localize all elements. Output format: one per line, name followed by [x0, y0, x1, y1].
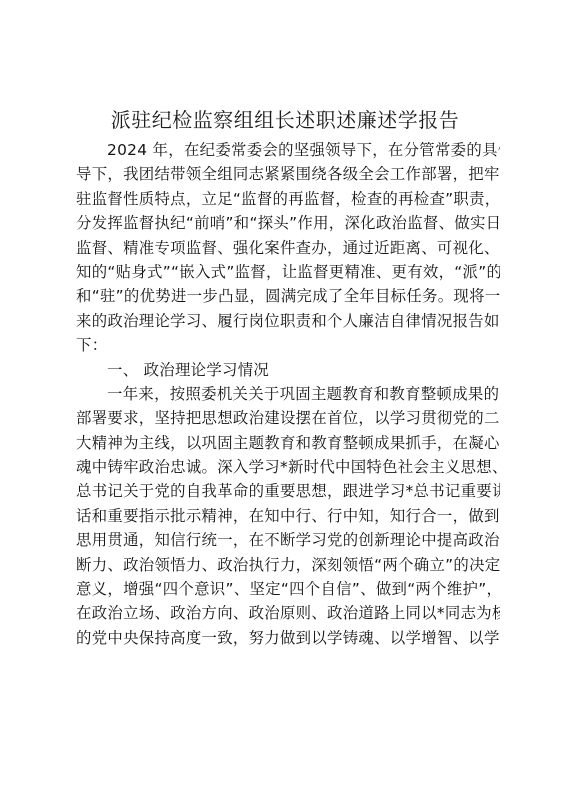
document-title: 派驻纪检监察组组长述职述廉述学报告 [0, 106, 570, 134]
paragraph-line: 的党中央保持高度一致，努力做到以学铸魂、以学增智、以学正 [76, 626, 500, 650]
paragraph-line: 总书记关于党的自我革命的重要思想，跟进学习*总书记重要讲 [76, 479, 500, 503]
document-page: 派驻纪检监察组组长述职述廉述学报告 2024 年，在纪委常委会的坚强领导下，在分… [0, 0, 570, 807]
paragraph-line: 思用贯通，知信行统一，在不断学习党的创新理论中提高政治判 [76, 528, 500, 552]
paragraph-line: 分发挥监督执纪“前哨”和“探头”作用，深化政治监督、做实日常 [76, 211, 500, 235]
section-heading: 一、 政治理论学习情况 [76, 358, 500, 382]
paragraph-line: 2024 年，在纪委常委会的坚强领导下，在分管常委的具体指 [76, 138, 500, 162]
paragraph-line: 一年来，按照委机关关于巩固主题教育和教育整顿成果的 [76, 382, 500, 406]
paragraph-line: 来的政治理论学习、履行岗位职责和个人廉洁自律情况报告如 [76, 309, 500, 333]
paragraph-line: 导下，我团结带领全组同志紧紧围绕各级全会工作部署，把牢派 [76, 162, 500, 186]
paragraph-line: 在政治立场、政治方向、政治原则、政治道路上同以*同志为核心 [76, 601, 500, 625]
paragraph-line: 意义，增强“四个意识”、坚定“四个自信”、做到“两个维护”，始终 [76, 577, 500, 601]
paragraph-line: 话和重要指示批示精神，在知中行、行中知，知行合一，做到学 [76, 504, 500, 528]
paragraph-line: 和“驻”的优势进一步凸显，圆满完成了全年目标任务。现将一年 [76, 284, 500, 308]
paragraph-line: 魂中铸牢政治忠诚。深入学习*新时代中国特色社会主义思想、* [76, 455, 500, 479]
paragraph-line: 监督、精准专项监督、强化案件查办，通过近距离、可视化、可感 [76, 236, 500, 260]
paragraph-line: 下： [76, 333, 500, 357]
document-body: 2024 年，在纪委常委会的坚强领导下，在分管常委的具体指 导下，我团结带领全组… [76, 138, 500, 650]
paragraph-line: 部署要求，坚持把思想政治建设摆在首位，以学习贯彻党的二十 [76, 406, 500, 430]
paragraph-line: 知的“贴身式”“嵌入式”监督，让监督更精准、更有效，“派”的权威 [76, 260, 500, 284]
paragraph-line: 大精神为主线，以巩固主题教育和教育整顿成果抓手，在凝心铸 [76, 431, 500, 455]
paragraph-line: 断力、政治领悟力、政治执行力，深刻领悟“两个确立”的决定性 [76, 553, 500, 577]
paragraph-line: 驻监督性质特点，立足“监督的再监督，检查的再检查”职责，充 [76, 187, 500, 211]
